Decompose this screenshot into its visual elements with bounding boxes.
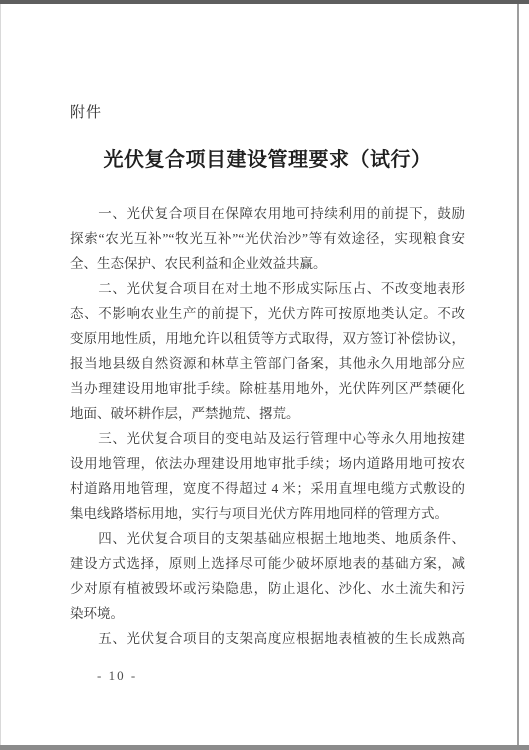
scan-left-edge [0, 4, 1, 745]
text-line: 设用地管理，依法办理建设用地审批手续；场内道路用地可按农 [70, 451, 465, 476]
text-line: 二、光伏复合项目在对土地不形成实际压占、不改变地表形 [70, 276, 465, 301]
scan-top-edge [0, 0, 529, 4]
text-line: 地面、破坏耕作层，严禁抛荒、撂荒。 [70, 401, 465, 426]
document-page: 附件 光伏复合项目建设管理要求（试行） 一、光伏复合项目在保障农用地可持续利用的… [0, 0, 529, 750]
text-line: 四、光伏复合项目的支架基础应根据土地地类、地质条件、 [70, 526, 465, 551]
text-line: 变原用地性质，用地允许以租赁等方式取得，双方签订补偿协议， [70, 326, 465, 351]
scan-bottom-edge [0, 745, 529, 750]
text-line: 染环境。 [70, 601, 465, 626]
text-line: 态、不影响农业生产的前提下，光伏方阵可按原地类认定。不改 [70, 301, 465, 326]
text-line: 报当地县级自然资源和林草主管部门备案，其他永久用地部分应 [70, 351, 465, 376]
text-line: 当办理建设用地审批手续。除桩基用地外，光伏阵列区严禁硬化 [70, 376, 465, 401]
text-line: 少对原有植被毁坏或污染隐患，防止退化、沙化、水土流失和污 [70, 576, 465, 601]
text-line: 五、光伏复合项目的支架高度应根据地表植被的生长成熟高 [70, 626, 465, 651]
document-body: 一、光伏复合项目在保障农用地可持续利用的前提下，鼓励探索“农光互补”“牧光互补”… [70, 201, 465, 651]
text-line: 三、光伏复合项目的变电站及运行管理中心等永久用地按建 [70, 426, 465, 451]
page-number: - 10 - [97, 668, 137, 684]
document-title: 光伏复合项目建设管理要求（试行） [70, 143, 465, 172]
text-line: 建设方式选择，原则上选择尽可能少破坏原地表的基础方案，减 [70, 551, 465, 576]
text-line: 全、生态保护、农民利益和企业效益共赢。 [70, 251, 465, 276]
attachment-label: 附件 [70, 101, 102, 122]
text-line: 一、光伏复合项目在保障农用地可持续利用的前提下，鼓励 [70, 201, 465, 226]
text-line: 探索“农光互补”“牧光互补”“光伏治沙”等有效途径，实现粮食安 [70, 226, 465, 251]
text-line: 村道路用地管理，宽度不得超过 4 米；采用直埋电缆方式敷设的 [70, 476, 465, 501]
text-line: 集电线路塔标用地，实行与项目光伏方阵用地同样的管理方式。 [70, 501, 465, 526]
scan-right-edge [517, 4, 519, 745]
